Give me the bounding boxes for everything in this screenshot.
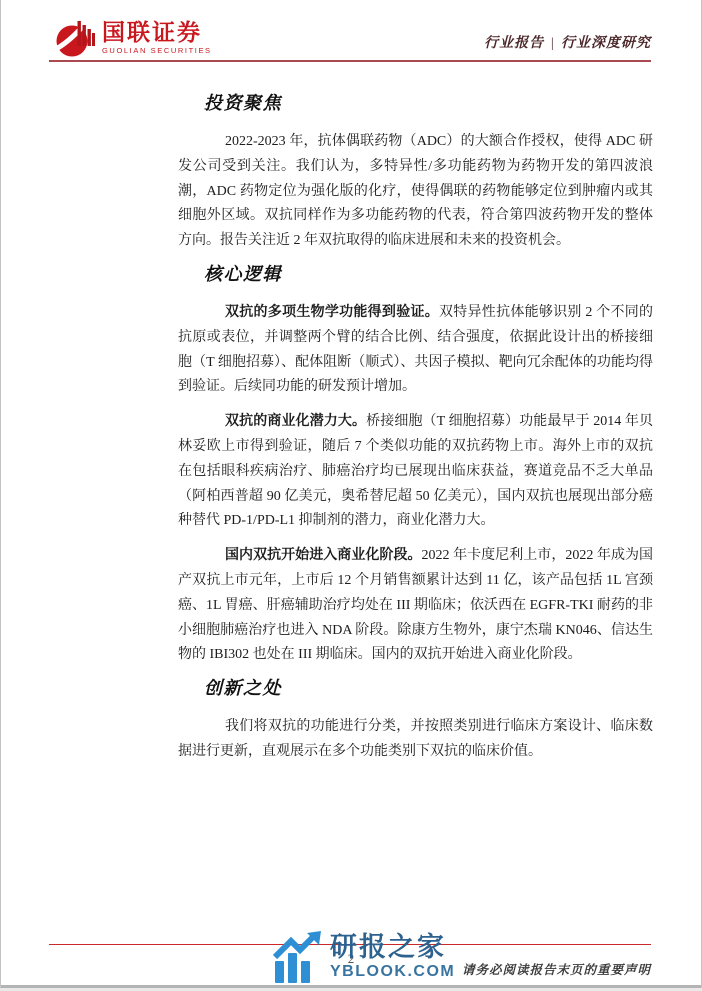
page-bottom-edge — [1, 985, 701, 988]
report-page: 国联证券 GUOLIAN SECURITIES 行业报告|行业深度研究 投资聚焦… — [0, 0, 702, 988]
paragraph-text: 2022 年卡度尼利上市，2022 年成为国产双抗上市元年，上市后 12 个月销… — [178, 548, 653, 662]
paragraph-text: 2022-2023 年，抗体偶联药物（ADC）的大额合作授权，使得 ADC 研发… — [178, 134, 653, 248]
paragraph-text: 我们将双抗的功能进行分类，并按照类别进行临床方案设计、临床数据进行更新，直观展示… — [178, 719, 653, 759]
section-heading-innovation: 创新之处 — [204, 678, 653, 699]
paragraph: 双抗的多项生物学功能得到验证。双特异性抗体能够识别 2 个不同的抗原或表位，并调… — [178, 301, 653, 400]
footer-disclaimer: 请务必阅读报告末页的重要声明 — [462, 960, 651, 978]
report-body: 投资聚焦 2022-2023 年，抗体偶联药物（ADC）的大额合作授权，使得 A… — [178, 60, 653, 775]
report-type-label: 行业报告|行业深度研究 — [484, 32, 651, 52]
paragraph-lead: 双抗的商业化潜力大。 — [225, 414, 366, 429]
section-heading-core-logic: 核心逻辑 — [204, 264, 653, 285]
brand-name-en: GUOLIAN SECURITIES — [102, 47, 212, 55]
watermark: 研报之家 YBLOOK.COM — [273, 931, 455, 983]
brand-logo: 国联证券 GUOLIAN SECURITIES — [56, 18, 212, 58]
guolian-logo-icon — [56, 18, 96, 58]
brand-name-cn: 国联证券 — [102, 21, 212, 44]
doc-subtype: 行业深度研究 — [561, 36, 651, 51]
paragraph: 2022-2023 年，抗体偶联药物（ADC）的大额合作授权，使得 ADC 研发… — [178, 130, 653, 254]
report-header: 国联证券 GUOLIAN SECURITIES 行业报告|行业深度研究 — [49, 16, 651, 58]
paragraph: 国内双抗开始进入商业化阶段。2022 年卡度尼利上市，2022 年成为国产双抗上… — [178, 544, 653, 668]
paragraph-text: 桥接细胞（T 细胞招募）功能最早于 2014 年贝林妥欧上市得到验证，随后 7 … — [178, 414, 653, 528]
section-heading-investment-focus: 投资聚焦 — [204, 93, 653, 114]
paragraph-lead: 国内双抗开始进入商业化阶段。 — [225, 548, 422, 563]
paragraph-lead: 双抗的多项生物学功能得到验证。 — [225, 305, 439, 320]
chart-arrow-icon — [273, 931, 323, 983]
paragraph: 双抗的商业化潜力大。桥接细胞（T 细胞招募）功能最早于 2014 年贝林妥欧上市… — [178, 410, 653, 534]
watermark-site-url: YBLOOK.COM — [330, 964, 455, 980]
paragraph: 我们将双抗的功能进行分类，并按照类别进行临床方案设计、临床数据进行更新，直观展示… — [178, 715, 653, 765]
watermark-site-name: 研报之家 — [330, 934, 455, 961]
doc-type-divider: | — [550, 36, 555, 51]
brand-logo-text: 国联证券 GUOLIAN SECURITIES — [102, 21, 212, 55]
watermark-text: 研报之家 YBLOOK.COM — [330, 934, 455, 980]
doc-type: 行业报告 — [484, 36, 544, 51]
